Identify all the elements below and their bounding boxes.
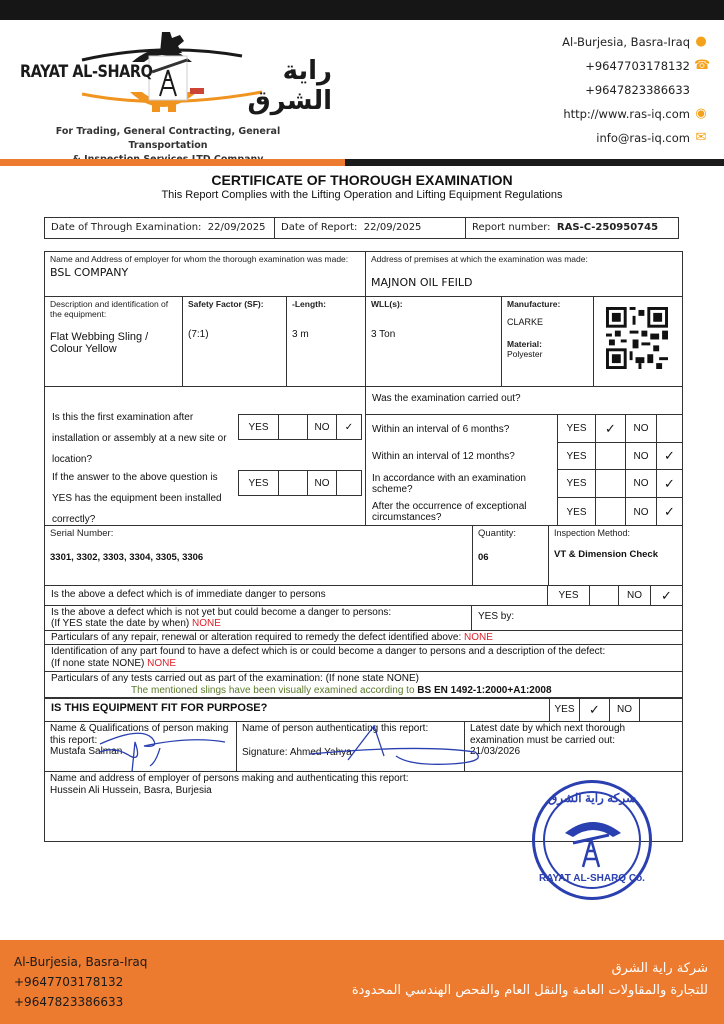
tests-value: The mentioned slings have been visually … bbox=[131, 685, 415, 696]
installed-correctly-question: If the answer to the above question is Y… bbox=[52, 467, 232, 530]
next-exam-cell: Latest date by which next thorough exami… bbox=[465, 722, 683, 772]
immediate-danger-answer-cell: YES NO ✓ bbox=[548, 586, 683, 606]
report-maker-value: Mustafa Salman bbox=[50, 746, 231, 758]
exam-yes-checkbox[interactable] bbox=[596, 498, 626, 526]
qr-code-icon[interactable] bbox=[606, 307, 668, 369]
envelope-icon: ✉ bbox=[694, 131, 708, 145]
immediate-no-label: NO bbox=[619, 586, 651, 605]
repair-cell: Particulars of any repair, renewal or al… bbox=[45, 631, 683, 645]
exam-carried-yes-no: YESNO✓ bbox=[557, 443, 682, 470]
stamp-oil-pump-icon bbox=[563, 813, 623, 869]
report-number-cell: Report number: RAS-C-250950745 bbox=[466, 218, 678, 238]
questions-table: Is this the first examination after inst… bbox=[44, 386, 683, 526]
footer-phone-1: +9647703178132 bbox=[14, 972, 147, 992]
description-value: Flat Webbing Sling / Colour Yellow bbox=[50, 331, 177, 355]
exam-yes-label: YES bbox=[558, 415, 596, 442]
installed-yes-label: YES bbox=[239, 471, 279, 495]
footer-phone-2: +9647823386633 bbox=[14, 992, 147, 1012]
tests-line-2: The mentioned slings have been visually … bbox=[51, 685, 676, 697]
exam-carried-row: Within an interval of 6 months?YES✓NO bbox=[366, 415, 682, 443]
logo-text-ar: راية الشرق bbox=[202, 56, 332, 116]
footer-contacts: Al-Burjesia, Basra-Iraq +9647703178132 +… bbox=[14, 952, 147, 1012]
exam-carried-heading: Was the examination carried out? bbox=[372, 393, 521, 404]
safety-factor-value: (7:1) bbox=[188, 329, 281, 340]
safety-factor-label: Safety Factor (SF): bbox=[188, 299, 281, 309]
certificate-title: CERTIFICATE OF THOROUGH EXAMINATION bbox=[0, 172, 724, 188]
repair-value: NONE bbox=[464, 632, 493, 643]
serial-number-label: Serial Number: bbox=[50, 528, 467, 539]
first-exam-yes-label: YES bbox=[239, 415, 279, 439]
defects-table: Is the above a defect which is of immedi… bbox=[44, 585, 683, 606]
contact-block: Al-Burjesia, Basra-Iraq● +9647703178132☎… bbox=[562, 30, 708, 150]
footer-arabic-company: شركة راية الشرق bbox=[352, 958, 708, 980]
exam-carried-row: After the occurrence of exceptional circ… bbox=[366, 498, 682, 526]
authenticator-value: Signature: Ahmed Yahya bbox=[242, 747, 459, 758]
website-link[interactable]: http://www.ras-iq.com bbox=[563, 102, 690, 126]
inspection-method-cell: Inspection Method: VT & Dimension Check bbox=[549, 526, 683, 586]
potential-danger-line-2: (If YES state the date by when) NONE bbox=[51, 618, 465, 629]
safety-factor-cell: Safety Factor (SF): (7:1) bbox=[183, 297, 287, 387]
contact-website[interactable]: http://www.ras-iq.com◉ bbox=[562, 102, 708, 126]
exam-date-cell: Date of Through Examination: 22/09/2025 bbox=[45, 218, 275, 238]
exam-carried-cell: Was the examination carried out? Within … bbox=[366, 387, 683, 526]
identification-cell: Identification of any part found to have… bbox=[45, 645, 683, 672]
authenticator-label: Name of person authenticating this repor… bbox=[242, 723, 459, 734]
report-number-label: Report number: bbox=[472, 222, 551, 233]
identification-value: NONE bbox=[147, 658, 176, 669]
wll-cell: WLL(s): 3 Ton bbox=[366, 297, 502, 387]
first-exam-no-label: NO bbox=[308, 415, 337, 439]
installed-no-checkbox[interactable] bbox=[337, 471, 361, 495]
exam-carried-question: Within an interval of 6 months? bbox=[366, 415, 557, 443]
employer-value: BSL COMPANY bbox=[50, 266, 360, 279]
email-link[interactable]: info@ras-iq.com bbox=[596, 126, 690, 150]
header-black-band bbox=[345, 159, 724, 166]
company-logo: RAYAT AL-SHARQ راية الشرق bbox=[12, 22, 332, 114]
fit-for-purpose-question: IS THIS EQUIPMENT FIT FOR PURPOSE? bbox=[45, 698, 550, 722]
exam-no-label: NO bbox=[626, 498, 657, 526]
exam-date-value: 22/09/2025 bbox=[208, 222, 266, 233]
quantity-value: 06 bbox=[478, 552, 543, 563]
wll-label: WLL(s): bbox=[371, 299, 496, 309]
identification-hint: (If none state NONE) bbox=[51, 658, 144, 669]
spacer-icon bbox=[694, 83, 708, 97]
exam-carried-list: Within an interval of 6 months?YES✓NOWit… bbox=[366, 414, 682, 526]
phone-1-text: +9647703178132 bbox=[585, 54, 690, 78]
footer-arabic-tagline: للتجارة والمقاولات العامة والنقل العام و… bbox=[352, 980, 708, 1002]
serial-number-cell: Serial Number: 3301, 3302, 3303, 3304, 3… bbox=[45, 526, 473, 586]
immediate-danger-yes-no: YES NO ✓ bbox=[548, 586, 682, 605]
immediate-yes-label: YES bbox=[548, 586, 590, 605]
repair-label: Particulars of any repair, renewal or al… bbox=[51, 632, 461, 643]
logo-text-en: RAYAT AL-SHARQ bbox=[20, 62, 152, 82]
installed-correctly-yes-no: YES NO bbox=[238, 470, 362, 496]
first-exam-yes-checkbox[interactable] bbox=[279, 415, 308, 439]
exam-yes-checkbox[interactable] bbox=[596, 443, 626, 469]
globe-icon: ◉ bbox=[694, 107, 708, 121]
potential-danger-value: NONE bbox=[192, 618, 221, 629]
employer-cell: Name and Address of employer for whom th… bbox=[45, 252, 366, 297]
company-stamp: شركة راية الشرق RAYAT AL-SHARQ Co. bbox=[532, 780, 652, 900]
date-bar: Date of Through Examination: 22/09/2025 … bbox=[44, 217, 679, 239]
authenticator-cell: Name of person authenticating this repor… bbox=[237, 722, 465, 772]
exam-carried-question: Within an interval of 12 months? bbox=[366, 443, 557, 470]
manufacture-label: Manufacture: bbox=[507, 299, 588, 309]
exam-yes-checkbox[interactable]: ✓ bbox=[596, 415, 626, 442]
location-pin-icon: ● bbox=[694, 35, 708, 49]
header-top-bar bbox=[0, 0, 724, 20]
premises-cell: Address of premises at which the examina… bbox=[366, 252, 683, 297]
fit-yes-label: YES bbox=[550, 698, 580, 721]
report-maker-label: Name & Qualifications of person making t… bbox=[50, 723, 231, 746]
fit-yes-no: YES ✓ NO bbox=[550, 698, 682, 721]
address-text: Al-Burjesia, Basra-Iraq bbox=[562, 30, 690, 54]
next-exam-value: 21/03/2026 bbox=[470, 746, 677, 758]
installed-yes-checkbox[interactable] bbox=[279, 471, 308, 495]
footer-arabic: شركة راية الشرق للتجارة والمقاولات العام… bbox=[352, 958, 708, 1002]
wll-value: 3 Ton bbox=[371, 329, 496, 340]
description-label: Description and identification of the eq… bbox=[50, 299, 177, 319]
fit-yes-checkbox[interactable]: ✓ bbox=[580, 698, 610, 721]
contact-phone-2: +9647823386633 bbox=[562, 78, 708, 102]
premises-value: MAJNON OIL FEILD bbox=[371, 276, 677, 289]
length-cell: -Length: 3 m bbox=[287, 297, 366, 387]
fit-answer-cell: YES ✓ NO bbox=[550, 698, 683, 722]
stamp-arabic-text: شركة راية الشرق bbox=[535, 791, 649, 805]
serial-number-value: 3301, 3302, 3303, 3304, 3305, 3306 bbox=[50, 552, 467, 563]
exam-yes-label: YES bbox=[558, 443, 596, 469]
manufacture-cell: Manufacture: CLARKE Material: Polyester bbox=[502, 297, 594, 387]
exam-carried-question: In accordance with an examination scheme… bbox=[366, 470, 557, 498]
exam-no-label: NO bbox=[626, 415, 657, 442]
exam-carried-yes-no: YESNO✓ bbox=[557, 470, 682, 498]
immediate-no-checkbox[interactable]: ✓ bbox=[651, 586, 682, 605]
header-orange-band bbox=[0, 159, 345, 166]
length-value: 3 m bbox=[292, 329, 360, 340]
description-cell: Description and identification of the eq… bbox=[45, 297, 183, 387]
exam-carried-row: In accordance with an examination scheme… bbox=[366, 470, 682, 498]
report-date-cell: Date of Report: 22/09/2025 bbox=[275, 218, 466, 238]
yes-by-label: YES by: bbox=[472, 606, 683, 631]
stamp-english-text: RAYAT AL-SHARQ Co. bbox=[535, 873, 649, 884]
telephone-icon: ☎ bbox=[694, 59, 708, 73]
exam-carried-row: Within an interval of 12 months?YESNO✓ bbox=[366, 443, 682, 470]
material-value: Polyester bbox=[507, 349, 588, 359]
potential-danger-hint: (If YES state the date by when) bbox=[51, 618, 189, 629]
material-label: Material: bbox=[507, 339, 588, 349]
contact-address: Al-Burjesia, Basra-Iraq● bbox=[562, 30, 708, 54]
exam-yes-checkbox[interactable] bbox=[596, 470, 626, 497]
first-exam-cell: Is this the first examination after inst… bbox=[45, 387, 366, 526]
fit-for-purpose-table: IS THIS EQUIPMENT FIT FOR PURPOSE? YES ✓… bbox=[44, 697, 683, 722]
exam-no-checkbox[interactable]: ✓ bbox=[657, 470, 682, 497]
tests-cell: Particulars of any tests carried out as … bbox=[45, 672, 683, 699]
report-date-value: 22/09/2025 bbox=[364, 222, 422, 233]
manufacture-value: CLARKE bbox=[507, 317, 588, 327]
installed-no-label: NO bbox=[308, 471, 337, 495]
exam-carried-question: After the occurrence of exceptional circ… bbox=[366, 498, 557, 526]
premises-label: Address of premises at which the examina… bbox=[371, 254, 677, 264]
quantity-cell: Quantity: 06 bbox=[473, 526, 549, 586]
employer-label: Name and Address of employer for whom th… bbox=[50, 254, 360, 264]
equipment-table: Name and Address of employer for whom th… bbox=[44, 251, 683, 387]
footer-address: Al-Burjesia, Basra-Iraq bbox=[14, 952, 147, 972]
potential-danger-question: Is the above a defect which is not yet b… bbox=[51, 607, 465, 618]
potential-danger-cell: Is the above a defect which is not yet b… bbox=[45, 606, 472, 631]
first-exam-yes-no: YES NO ✓ bbox=[238, 414, 362, 440]
certificate-subtitle: This Report Complies with the Lifting Op… bbox=[0, 189, 724, 201]
immediate-yes-checkbox[interactable] bbox=[590, 586, 619, 605]
length-label: -Length: bbox=[292, 299, 360, 309]
contact-email[interactable]: info@ras-iq.com✉ bbox=[562, 126, 708, 150]
immediate-danger-question: Is the above a defect which is of immedi… bbox=[45, 586, 548, 606]
first-exam-no-checkbox[interactable]: ✓ bbox=[337, 415, 361, 439]
inspection-method-label: Inspection Method: bbox=[554, 528, 677, 538]
tests-label: Particulars of any tests carried out as … bbox=[51, 673, 676, 685]
contact-phone-1: +9647703178132☎ bbox=[562, 54, 708, 78]
fit-no-checkbox[interactable] bbox=[640, 698, 682, 721]
tagline-line-1: For Trading, General Contracting, Genera… bbox=[18, 125, 318, 153]
exam-yes-label: YES bbox=[558, 470, 596, 497]
phone-2-text: +9647823386633 bbox=[585, 78, 690, 102]
inspection-method-value: VT & Dimension Check bbox=[554, 549, 677, 560]
exam-no-checkbox[interactable]: ✓ bbox=[657, 498, 682, 526]
identification-label: Identification of any part found to have… bbox=[51, 646, 676, 658]
exam-date-label: Date of Through Examination: bbox=[51, 222, 201, 233]
report-number-value: RAS-C-250950745 bbox=[557, 222, 658, 233]
next-exam-label: Latest date by which next thorough exami… bbox=[470, 723, 677, 746]
report-maker-cell: Name & Qualifications of person making t… bbox=[45, 722, 237, 772]
identification-line-2: (If none state NONE) NONE bbox=[51, 658, 676, 670]
tests-standard: BS EN 1492-1:2000+A1:2008 bbox=[417, 685, 551, 696]
exam-no-checkbox[interactable] bbox=[657, 415, 682, 442]
first-exam-question: Is this the first examination after inst… bbox=[52, 407, 232, 470]
defects-table-2: Is the above a defect which is not yet b… bbox=[44, 605, 683, 699]
exam-no-label: NO bbox=[626, 443, 657, 469]
report-date-label: Date of Report: bbox=[281, 222, 357, 233]
serial-table: Serial Number: 3301, 3302, 3303, 3304, 3… bbox=[44, 525, 683, 586]
exam-no-checkbox[interactable]: ✓ bbox=[657, 443, 682, 469]
exam-carried-yes-no: YESNO✓ bbox=[557, 498, 682, 526]
qr-code-cell bbox=[594, 297, 683, 387]
exam-carried-yes-no: YES✓NO bbox=[557, 415, 682, 443]
exam-yes-label: YES bbox=[558, 498, 596, 526]
fit-no-label: NO bbox=[610, 698, 640, 721]
quantity-label: Quantity: bbox=[478, 528, 543, 539]
exam-no-label: NO bbox=[626, 470, 657, 497]
